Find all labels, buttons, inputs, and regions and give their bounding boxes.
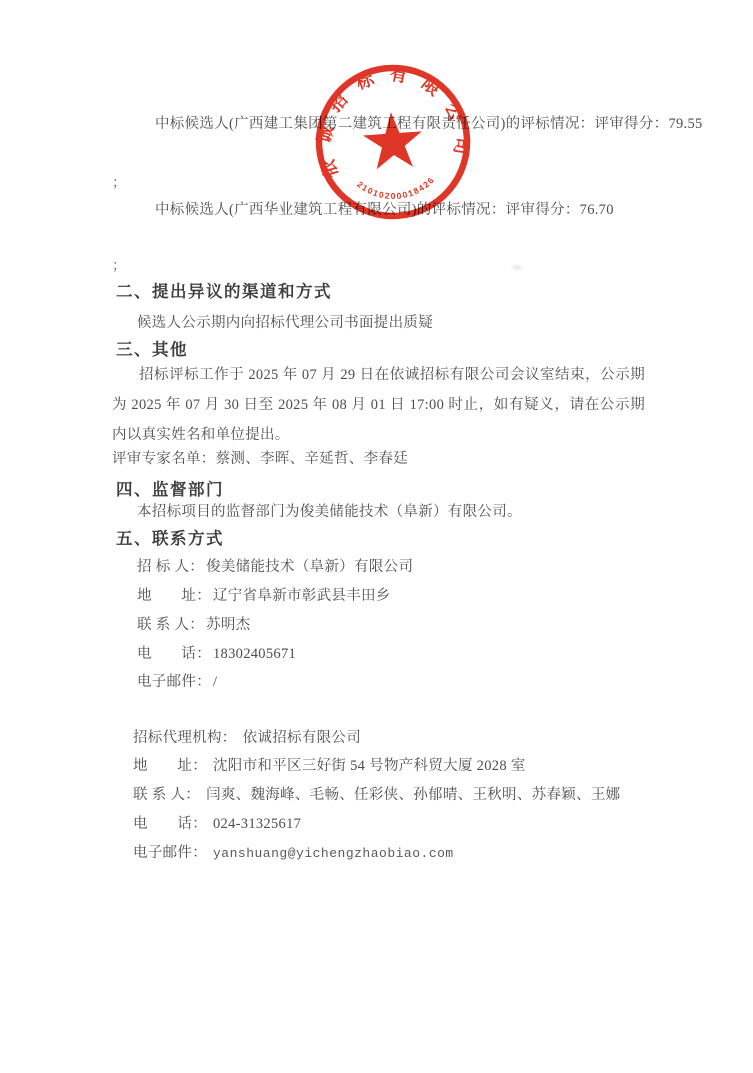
agency-contact-persons-row: 联 系 人：闫爽、魏海峰、毛畅、任彩侠、孙郁晴、王秋明、苏春颖、王娜	[133, 783, 620, 804]
field-value: 沈阳市和平区三好街 54 号物产科贸大厦 2028 室	[213, 758, 526, 774]
agency-email-row: 电子邮件：yanshuang@yichengzhaobiao.com	[133, 841, 454, 862]
section-objection-body: 候选人公示期内向招标代理公司书面提出质疑	[137, 311, 433, 332]
separator-semicolon-2: ；	[112, 255, 126, 275]
tenderer-contact-person-row: 联 系 人：苏明杰	[137, 613, 250, 634]
section-other-paragraph: 招标评标工作于 2025 年 07 月 29 日在依诚招标有限公司会议室结束，公…	[112, 360, 645, 450]
scan-artifact	[510, 264, 524, 271]
svg-text:21010200018426: 21010200018426	[355, 174, 438, 204]
official-seal-stamp: 依诚招标有限公司 21010200018426	[308, 57, 479, 228]
field-label: 招标代理机构：	[133, 730, 237, 746]
agency-name-row: 招标代理机构：依诚招标有限公司	[133, 726, 361, 747]
section-contact-heading: 五、联系方式	[116, 525, 224, 549]
agency-address-row: 地 址：沈阳市和平区三好街 54 号物产科贸大厦 2028 室	[133, 754, 526, 775]
field-value: 苏明杰	[206, 617, 250, 633]
field-label: 地 址：	[133, 758, 207, 774]
seal-svg: 依诚招标有限公司 21010200018426	[308, 57, 479, 228]
agency-phone-row: 电 话：024-31325617	[133, 812, 301, 833]
field-value: 俊美储能技术（阜新）有限公司	[206, 559, 413, 575]
tenderer-address-row: 地 址：辽宁省阜新市彰武县丰田乡	[137, 584, 391, 605]
seal-number-text: 21010200018426	[355, 174, 438, 204]
tenderer-phone-row: 电 话：18302405671	[137, 642, 296, 663]
field-label: 电 话：	[133, 816, 207, 832]
field-value: 依诚招标有限公司	[243, 730, 361, 746]
separator-semicolon-1: ；	[112, 172, 126, 192]
section-supervision-body: 本招标项目的监督部门为俊美储能技术（阜新）有限公司。	[137, 500, 522, 521]
bid-announcement-document: 中标候选人(广西建工集团第二建筑工程有限责任公司)的评标情况：评审得分：79.5…	[0, 0, 753, 1073]
tenderer-name-row: 招 标 人：俊美储能技术（阜新）有限公司	[137, 555, 413, 576]
section-supervision-heading: 四、监督部门	[116, 476, 224, 500]
experts-list-line: 评审专家名单：蔡测、李晖、辛延哲、李春廷	[112, 447, 408, 468]
field-label: 电子邮件：	[133, 845, 207, 861]
field-value: 闫爽、魏海峰、毛畅、任彩侠、孙郁晴、王秋明、苏春颖、王娜	[206, 787, 620, 803]
field-label: 地 址：	[137, 588, 211, 604]
field-label: 招 标 人：	[137, 559, 204, 575]
tenderer-email-row: 电子邮件：/	[137, 670, 217, 691]
field-value: 18302405671	[213, 646, 296, 662]
section-objection-heading: 二、提出异议的渠道和方式	[116, 278, 332, 302]
field-label: 联 系 人：	[133, 787, 200, 803]
field-value: 024-31325617	[213, 816, 301, 832]
seal-star-icon	[361, 110, 424, 170]
field-value: yanshuang@yichengzhaobiao.com	[213, 846, 454, 861]
section-other-heading: 三、其他	[116, 336, 188, 360]
field-label: 联 系 人：	[137, 617, 204, 633]
field-label: 电 话：	[137, 646, 211, 662]
field-value: /	[213, 674, 217, 690]
field-label: 电子邮件：	[137, 674, 211, 690]
field-value: 辽宁省阜新市彰武县丰田乡	[213, 588, 391, 604]
